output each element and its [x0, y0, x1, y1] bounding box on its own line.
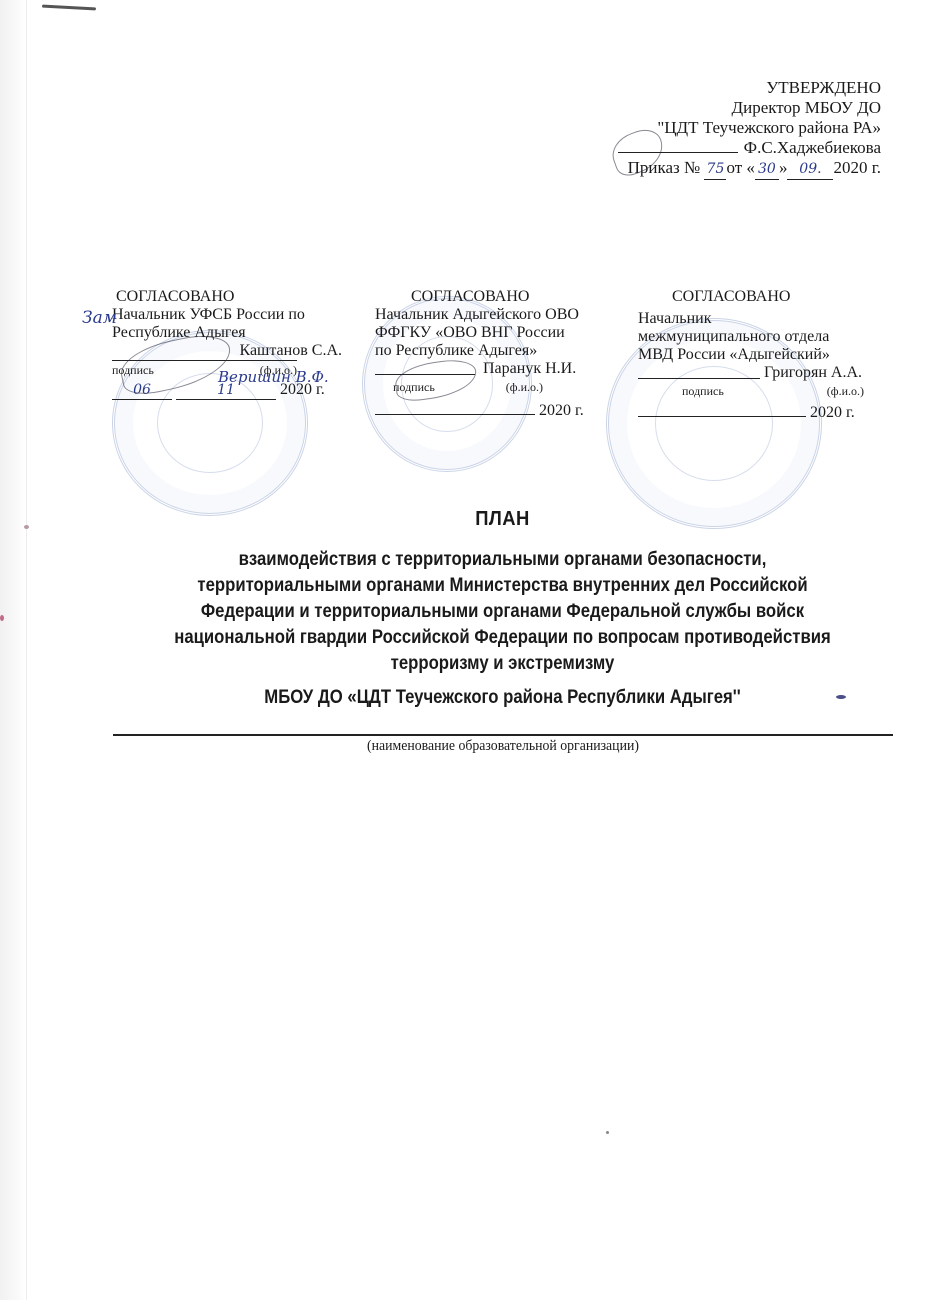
- scan-speck: [24, 525, 29, 529]
- scan-edge-shadow: [0, 0, 26, 1300]
- scan-speck: [606, 1131, 609, 1134]
- agreement-line: Республике Адыгея: [112, 324, 362, 342]
- handwritten-note: Зам: [82, 308, 117, 328]
- organization-caption: (наименование образовательной организаци…: [144, 738, 862, 755]
- approval-heading: УТВЕРЖДЕНО: [618, 78, 881, 98]
- scan-speck: [0, 615, 4, 621]
- order-number: 75: [704, 159, 726, 180]
- agreement-heading: СОГЛАСОВАНО: [638, 288, 883, 306]
- date-line: [638, 402, 806, 417]
- approval-order-line: Приказ № 75от «30»09.2020 г.: [618, 158, 881, 180]
- scan-fold-line: [26, 0, 27, 1300]
- agreement-line: МВД России «Адыгейский»: [638, 346, 883, 364]
- agreement-line: Начальник УФСБ России по: [112, 306, 362, 324]
- agreement-line: ФФГКУ «ОВО ВНГ России: [375, 324, 615, 342]
- agreement-line: Начальник: [638, 310, 883, 328]
- plan-subtitle-line: национальной гвардии Российской Федераци…: [157, 625, 848, 651]
- agreement-date: 2020 г.: [638, 402, 883, 422]
- approval-position: Директор МБОУ ДО: [618, 98, 881, 118]
- plan-title-block: ПЛАН взаимодействия с территориальными о…: [110, 508, 895, 709]
- agreement-signer-name: Паранук Н.И.: [483, 360, 576, 378]
- organization-rule: [113, 734, 893, 736]
- agreement-heading: СОГЛАСОВАНО: [112, 288, 362, 306]
- signature-line: [638, 364, 760, 379]
- handwritten-name: Веришин В.Ф.: [218, 368, 329, 386]
- order-day: 30: [755, 159, 779, 180]
- scan-speck: [836, 695, 846, 699]
- order-mid: »: [779, 158, 788, 177]
- agreement-line: Начальник Адыгейского ОВО: [375, 306, 615, 324]
- agreement-heading: СОГЛАСОВАНО: [375, 288, 615, 306]
- fio-label: (ф.и.о.): [827, 382, 864, 400]
- plan-subtitle-line: территориальными органами Министерства в…: [157, 573, 848, 599]
- plan-subtitle-line: Федерации и территориальными органами Фе…: [157, 599, 848, 625]
- agreement-signer-name: Григорян А.А.: [764, 364, 862, 382]
- date-year: 2020 г.: [810, 404, 855, 421]
- agreement-signer-row: Григорян А.А.: [638, 364, 883, 382]
- order-month: 09.: [787, 159, 833, 180]
- agreement-sign-labels: подпись (ф.и.о.): [638, 382, 864, 400]
- order-from: от «: [726, 158, 754, 177]
- date-year: 2020 г.: [539, 402, 584, 419]
- approval-block: УТВЕРЖДЕНО Директор МБОУ ДО "ЦДТ Теучежс…: [618, 78, 881, 180]
- plan-subtitle-line: взаимодействия с территориальными органа…: [157, 547, 848, 573]
- agreement-date: 2020 г.: [375, 400, 615, 420]
- date-line: [375, 400, 535, 415]
- signature-label: подпись: [682, 382, 724, 400]
- agreement-line: по Республике Адыгея»: [375, 342, 615, 360]
- agreement-line: межмуниципального отдела: [638, 328, 883, 346]
- pen-mark: [42, 5, 96, 11]
- fio-label: (ф.и.о.): [506, 378, 543, 396]
- plan-subtitle-line: терроризму и экстремизму: [157, 651, 848, 677]
- agreement-mvd: СОГЛАСОВАНО Начальник межмуниципального …: [638, 288, 883, 422]
- organization-name: МБОУ ДО «ЦДТ Теучежского района Республи…: [157, 687, 848, 709]
- order-year: 2020 г.: [833, 158, 881, 177]
- approval-signer-name: Ф.С.Хаджебиекова: [744, 138, 881, 157]
- plan-title: ПЛАН: [141, 508, 863, 531]
